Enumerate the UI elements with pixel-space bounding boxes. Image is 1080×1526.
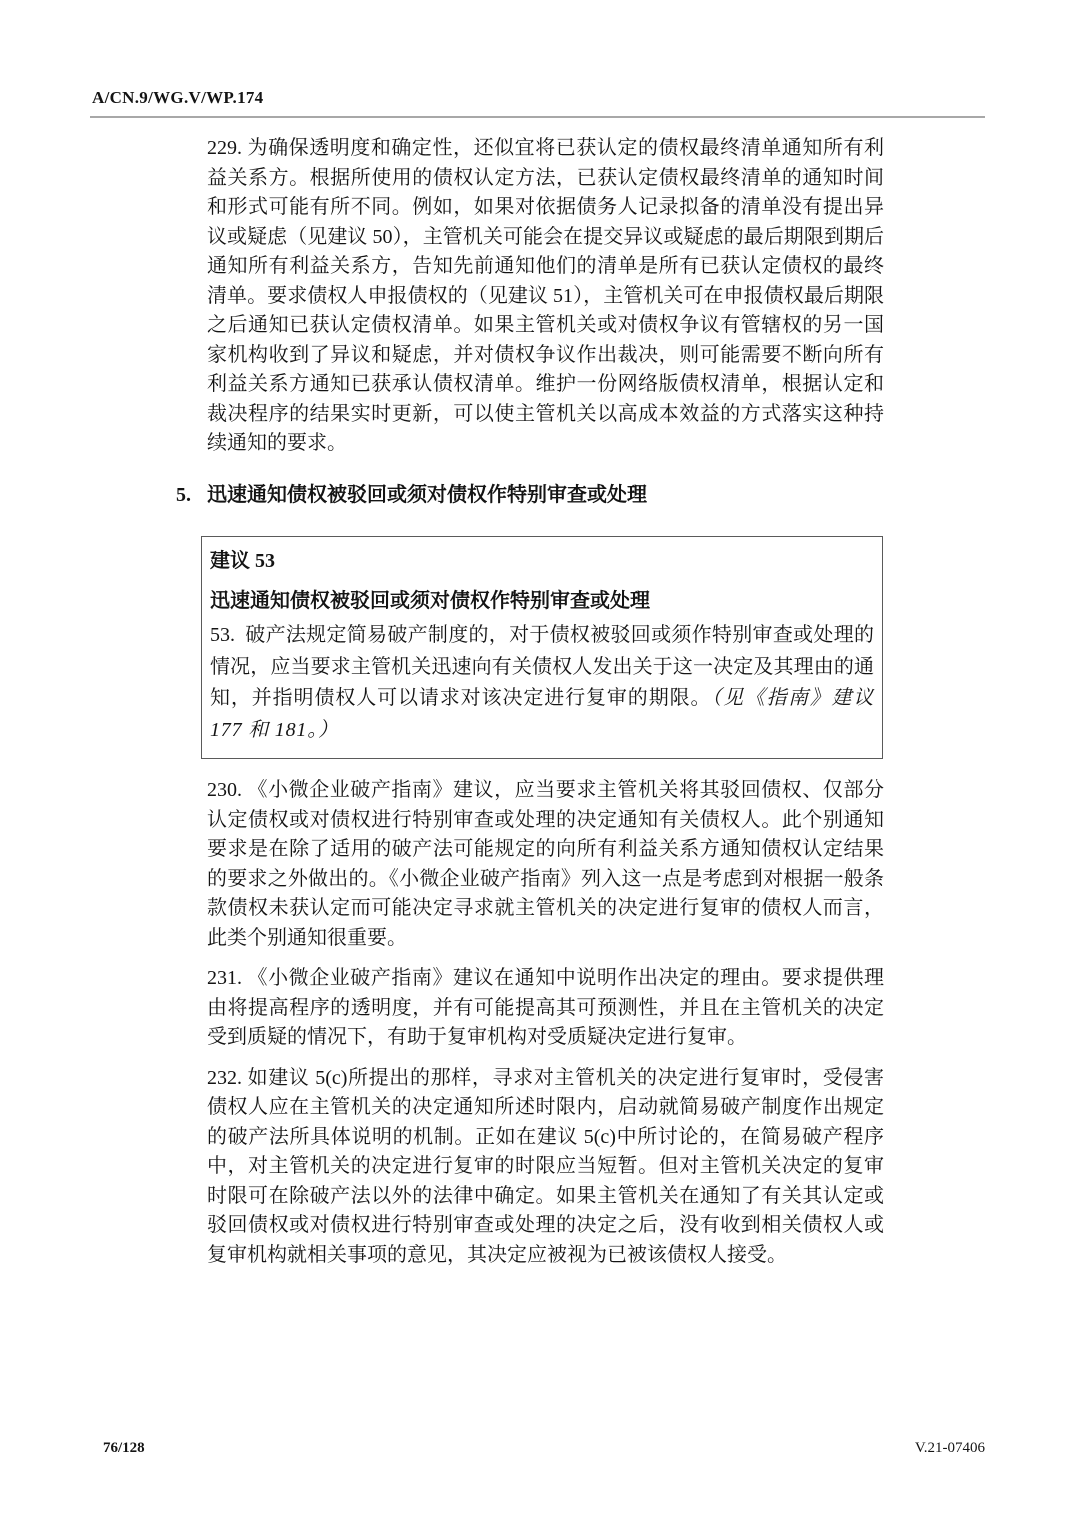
paragraph-229: 229. 为确保透明度和确定性，还似宜将已获认定的债权最终清单通知所有利益关系方…: [207, 134, 884, 459]
recommendation-53-box: 建议 53 迅速通知债权被驳回或须对债权作特别审查或处理 53. 破产法规定简易…: [201, 536, 883, 759]
page-footer: 76/128 V.21-07406: [90, 1440, 985, 1457]
recommendation-53-title: 迅速通知债权被驳回或须对债权作特别审查或处理: [210, 587, 874, 617]
recommendation-53-text: 53. 破产法规定简易破产制度的，对于债权被驳回或须作特别审查或处理的情况，应当…: [210, 620, 874, 746]
paragraph-230: 230. 《小微企业破产指南》建议，应当要求主管机关将其驳回债权、仅部分认定债权…: [207, 776, 884, 953]
section-5-number: 5.: [176, 481, 207, 511]
paragraph-231: 231. 《小微企业破产指南》建议在通知中说明作出决定的理由。要求提供理由将提高…: [207, 964, 884, 1053]
recommendation-53-label: 建议 53: [210, 547, 874, 577]
paragraph-232: 232. 如建议 5(c)所提出的那样，寻求对主管机关的决定进行复审时，受侵害债…: [207, 1064, 884, 1271]
document-body: 229. 为确保透明度和确定性，还似宜将已获认定的债权最终清单通知所有利益关系方…: [207, 134, 884, 1281]
document-symbol: A/CN.9/WG.V/WP.174: [92, 88, 263, 108]
document-page: { "header": { "doc_symbol": "A/CN.9/WG.V…: [0, 0, 1080, 1526]
document-code: V.21-07406: [915, 1440, 985, 1457]
page-number: 76/128: [90, 1440, 145, 1457]
section-5-title: 迅速通知债权被驳回或须对债权作特别审查或处理: [207, 481, 647, 511]
section-5-heading: 5. 迅速通知债权被驳回或须对债权作特别审查或处理: [176, 481, 884, 511]
header-rule: [90, 116, 985, 118]
